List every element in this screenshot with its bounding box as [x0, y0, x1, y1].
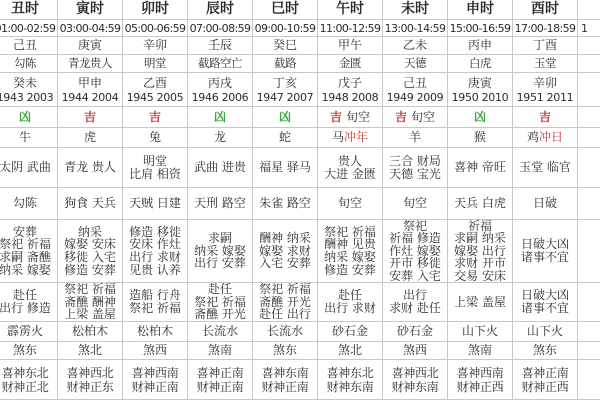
hour-deity: 截路	[253, 55, 318, 73]
luck-row: 吉	[539, 111, 551, 124]
year-ganzhi: 戊子	[338, 75, 362, 91]
hour-header: 午时	[318, 0, 383, 20]
hour-column-7: 未时13:00-14:59乙未天德己丑1949 2009吉旬空羊三合 财局天德 …	[383, 0, 448, 400]
hour-column-2: 寅时03:00-04:59庚寅青龙贵人甲申1944 2004吉虎青龙 贵人狗食 …	[58, 0, 123, 400]
hour-header: 寅时	[58, 0, 123, 20]
nayin-element: 霹雳火	[0, 322, 58, 342]
evil-gods: 狗食 天兵	[58, 188, 123, 220]
auspicious-mark: 吉	[330, 110, 342, 124]
year-numbers: 1945 2005	[127, 91, 184, 105]
suitable-activities-2: 赴任祭祀 祈福斋醮 开光	[188, 283, 253, 322]
text-line: 喜神正南	[522, 366, 569, 380]
empty-cell	[578, 148, 600, 188]
suitable-activities-2: 上梁 盖屋	[448, 283, 513, 322]
luck-mark: 吉旬空	[318, 107, 383, 128]
text-line: 太阴 武曲	[0, 161, 51, 174]
text-line: 大进 金匮	[324, 168, 376, 181]
zodiac-row: 牛	[19, 131, 31, 144]
deity-directions: 喜神西北财神东南	[383, 360, 448, 400]
time-range: 17:00-18:59	[513, 20, 578, 37]
deity-directions: 喜神正南财神正西	[513, 360, 578, 400]
deity-directions: 喜神西北财神正东	[58, 360, 123, 400]
text-line: 入宅 安葬	[259, 257, 311, 270]
text-line: 出行 修造	[0, 302, 51, 315]
zodiac-animal: 牛	[19, 130, 31, 144]
text-line: 狗食 天兵	[64, 197, 116, 210]
luck-row: 凶	[214, 111, 226, 124]
zodiac-animal: 龙	[214, 130, 226, 144]
suitable-activities: 日破大凶诸事不宜	[513, 220, 578, 283]
hour-ganzhi: 己丑	[0, 37, 58, 55]
empty-cell	[578, 73, 600, 107]
text-line: 喜神东南	[262, 366, 309, 380]
zodiac: 虎	[58, 128, 123, 148]
year-numbers: 1943 2003	[0, 91, 53, 105]
text-line: 喜神西北	[392, 366, 439, 380]
text-line: 旬空	[403, 197, 427, 210]
auspicious-mark: 吉	[84, 110, 96, 124]
text-line: 玉堂 临官	[519, 161, 571, 174]
hour-ganzhi: 癸巳	[253, 37, 318, 55]
hour-ganzhi: 丁酉	[513, 37, 578, 55]
zodiac-row: 马冲年	[332, 131, 368, 144]
hour-column-3: 卯时05:00-06:59辛卯明堂乙酉1945 2005吉兔明堂比肩 相资天贼 …	[123, 0, 188, 400]
evil-gods: 日破	[513, 188, 578, 220]
year-numbers: 1951 2011	[517, 91, 574, 105]
lucky-gods: 明堂比肩 相资	[123, 148, 188, 188]
sha-direction: 煞西	[383, 342, 448, 360]
deity-directions: 喜神东北财神东南	[318, 360, 383, 400]
text-line: 交易 安床	[454, 270, 506, 283]
empty-cell	[578, 128, 600, 148]
year-info: 乙酉1945 2005	[123, 73, 188, 107]
text-line: 天刑 路空	[194, 197, 246, 210]
text-line: 喜神正南	[197, 366, 244, 380]
hour-column-5: 巳时09:00-10:59癸巳截路丁亥1947 2007凶蛇福星 驿马朱雀 路空…	[253, 0, 318, 400]
luck-extra: 旬空	[346, 110, 370, 124]
text-line: 移徙 入宅	[64, 251, 116, 264]
zodiac-clash: 冲日	[539, 130, 563, 144]
luck-mark: 凶	[188, 107, 253, 128]
suitable-activities: 祈福求嗣 纳采嫁娶 出行求财 开市交易 安床	[448, 220, 513, 283]
text-line: 喜神西南	[457, 366, 504, 380]
evil-gods: 天兵 白虎	[448, 188, 513, 220]
hour-deity: 玉堂	[513, 55, 578, 73]
suitable-activities-2: 赴任出行 求财	[318, 283, 383, 322]
luck-mark: 凶	[0, 107, 58, 128]
empty-cell	[578, 360, 600, 400]
text-line: 求嗣 斋醮	[0, 251, 51, 264]
lucky-gods: 喜神 帝旺	[448, 148, 513, 188]
text-line: 勾陈	[13, 197, 37, 210]
year-numbers: 1950 2010	[452, 91, 509, 105]
text-line: 祭祀 祈福	[64, 283, 116, 296]
empty-cell	[578, 283, 600, 322]
suitable-activities-2: 日破大凶诸事不宜	[513, 283, 578, 322]
hour-deity: 金匮	[318, 55, 383, 73]
text-line: 天贼 日建	[129, 197, 181, 210]
text-line: 三合 财局	[389, 155, 441, 168]
text-line: 求财 赴任	[389, 302, 441, 315]
year-ganzhi: 丁亥	[273, 75, 297, 91]
empty-cell	[578, 220, 600, 283]
text-line: 福星 驿马	[259, 161, 311, 174]
text-line: 修造 安葬	[324, 264, 376, 277]
sha-direction: 煞北	[58, 342, 123, 360]
luck-mark: 吉	[123, 107, 188, 128]
zodiac: 蛇	[253, 128, 318, 148]
zodiac-animal: 猴	[474, 130, 486, 144]
time-range: 05:00-06:59	[123, 20, 188, 37]
year-info: 己丑1949 2009	[383, 73, 448, 107]
luck-row: 吉旬空	[330, 111, 370, 124]
deity-directions: 喜神东南财神正南	[253, 360, 318, 400]
text-line: 出行 求财	[324, 302, 376, 315]
luck-mark: 吉	[58, 107, 123, 128]
inauspicious-mark: 凶	[474, 110, 486, 124]
almanac-hours-table: 丑时01:00-02:59己丑勾陈癸未1943 2003凶牛太阴 武曲勾陈安葬祭…	[0, 0, 600, 400]
luck-row: 凶	[19, 111, 31, 124]
text-line: 财神正北	[2, 380, 49, 394]
text-line: 纳采 嫁娶	[324, 251, 376, 264]
text-line: 祭祀 祈福	[129, 302, 181, 315]
text-line: 求嗣 纳采	[454, 232, 506, 245]
deity-directions: 喜神西南财神正南	[123, 360, 188, 400]
empty-cell	[578, 342, 600, 360]
text-line: 出行 求财	[129, 251, 181, 264]
inauspicious-mark: 凶	[19, 110, 31, 124]
hour-ganzhi: 丙申	[448, 37, 513, 55]
zodiac: 猴	[448, 128, 513, 148]
year-numbers: 1946 2006	[192, 91, 249, 105]
luck-mark: 吉	[513, 107, 578, 128]
text-line: 修造 安葬	[64, 264, 116, 277]
lucky-gods: 福星 驿马	[253, 148, 318, 188]
luck-mark: 凶	[253, 107, 318, 128]
hour-header: 卯时	[123, 0, 188, 20]
text-line: 天德 宝光	[389, 168, 441, 181]
year-info: 甲申1944 2004	[58, 73, 123, 107]
luck-row: 吉旬空	[395, 111, 435, 124]
auspicious-mark: 吉	[395, 110, 407, 124]
year-ganzhi: 己丑	[403, 75, 427, 91]
time-range: 1	[578, 20, 600, 37]
sha-direction: 煞南	[448, 342, 513, 360]
sha-direction: 煞西	[123, 342, 188, 360]
text-line: 武曲 进贵	[194, 161, 246, 174]
text-line: 求财 开市	[454, 257, 506, 270]
text-line: 财神东南	[392, 380, 439, 394]
text-line: 酬神 纳采	[259, 232, 311, 245]
zodiac-animal: 羊	[409, 130, 421, 144]
sha-direction: 煞东	[0, 342, 58, 360]
text-line: 上梁 盖屋	[454, 296, 506, 309]
text-line: 祈福 修造	[389, 232, 441, 245]
evil-gods: 天刑 路空	[188, 188, 253, 220]
zodiac: 兔	[123, 128, 188, 148]
suitable-activities-2: 造船 行舟祭祀 祈福	[123, 283, 188, 322]
auspicious-mark: 吉	[539, 110, 551, 124]
text-line: 天兵 白虎	[454, 197, 506, 210]
luck-mark: 吉旬空	[383, 107, 448, 128]
time-range: 07:00-08:59	[188, 20, 253, 37]
text-line: 安葬 入宅	[389, 270, 441, 283]
zodiac-row: 龙	[214, 131, 226, 144]
text-line: 求嗣	[208, 232, 232, 245]
hour-column-6: 午时11:00-12:59甲午金匮戊子1948 2008吉旬空马冲年贵人大进 金…	[318, 0, 383, 400]
hour-deity: 白虎	[448, 55, 513, 73]
lucky-gods: 武曲 进贵	[188, 148, 253, 188]
sha-direction: 煞南	[188, 342, 253, 360]
zodiac: 牛	[0, 128, 58, 148]
zodiac-row: 猴	[474, 131, 486, 144]
zodiac: 鸡冲日	[513, 128, 578, 148]
zodiac-row: 鸡冲日	[527, 131, 563, 144]
text-line: 赴任	[208, 283, 232, 296]
zodiac-animal: 鸡	[527, 130, 539, 144]
zodiac-clash: 冲年	[344, 130, 368, 144]
year-info: 丁亥1947 2007	[253, 73, 318, 107]
inauspicious-mark: 凶	[214, 110, 226, 124]
empty-cell	[578, 37, 600, 55]
time-range: 01:00-02:59	[0, 20, 58, 37]
hour-deity: 勾陈	[0, 55, 58, 73]
evil-gods: 旬空	[383, 188, 448, 220]
year-ganzhi: 甲申	[78, 75, 102, 91]
lucky-gods: 太阴 武曲	[0, 148, 58, 188]
deity-directions: 喜神正南财神正南	[188, 360, 253, 400]
hour-ganzhi: 甲午	[318, 37, 383, 55]
text-line: 斋醮 开光	[194, 308, 246, 321]
nayin-element: 松柏木	[123, 322, 188, 342]
text-line: 喜神西南	[132, 366, 179, 380]
hour-deity: 明堂	[123, 55, 188, 73]
time-range: 11:00-12:59	[318, 20, 383, 37]
sha-direction: 煞东	[253, 342, 318, 360]
hour-header: 巳时	[253, 0, 318, 20]
hour-ganzhi: 庚寅	[58, 37, 123, 55]
year-info: 丙戌1946 2006	[188, 73, 253, 107]
text-line: 日破	[533, 197, 557, 210]
nayin-element: 山下火	[448, 322, 513, 342]
zodiac: 龙	[188, 128, 253, 148]
zodiac-row: 蛇	[279, 131, 291, 144]
suitable-activities: 祭祀 祈福酬神 见贵纳采 嫁娶修造 安葬	[318, 220, 383, 283]
deity-directions: 喜神西南财神正西	[448, 360, 513, 400]
year-info: 辛卯1951 2011	[513, 73, 578, 107]
text-line: 赴任 出行	[259, 308, 311, 321]
zodiac-animal: 虎	[84, 130, 96, 144]
text-line: 财神正南	[197, 380, 244, 394]
empty-cell	[578, 107, 600, 128]
empty-cell	[578, 322, 600, 342]
evil-gods: 勾陈	[0, 188, 58, 220]
year-numbers: 1947 2007	[257, 91, 314, 105]
auspicious-mark: 吉	[149, 110, 161, 124]
hour-ganzhi: 辛卯	[123, 37, 188, 55]
zodiac-animal: 兔	[149, 130, 161, 144]
zodiac: 马冲年	[318, 128, 383, 148]
zodiac-row: 虎	[84, 131, 96, 144]
suitable-activities: 祭祀祈福 修造作灶 嫁娶开市 移徙安葬 入宅	[383, 220, 448, 283]
text-line: 纳采 嫁娶	[0, 264, 51, 277]
deity-directions: 喜神东北财神正北	[0, 360, 58, 400]
hour-column-partial: 1	[578, 0, 600, 400]
text-line: 诸事不宜	[521, 302, 569, 315]
text-line: 财神正东	[67, 380, 114, 394]
text-line: 开市 移徙	[389, 257, 441, 270]
lucky-gods: 青龙 贵人	[58, 148, 123, 188]
luck-mark: 凶	[448, 107, 513, 128]
text-line: 喜神西北	[67, 366, 114, 380]
luck-row: 凶	[474, 111, 486, 124]
year-info: 癸未1943 2003	[0, 73, 58, 107]
suitable-activities: 求嗣纳采 嫁娶出行 安葬	[188, 220, 253, 283]
year-info: 庚寅1950 2010	[448, 73, 513, 107]
nayin-element: 长流水	[188, 322, 253, 342]
text-line: 上梁 盖屋	[64, 308, 116, 321]
year-ganzhi: 乙酉	[143, 75, 167, 91]
text-line: 财神正南	[262, 380, 309, 394]
year-ganzhi: 丙戌	[208, 75, 232, 91]
suitable-activities-2: 祭祀 祈福斋醮 酬神上梁 盖屋	[58, 283, 123, 322]
text-line: 见贵 认养	[129, 264, 181, 277]
hour-deity: 天德	[383, 55, 448, 73]
suitable-activities-2: 出行求财 赴任	[383, 283, 448, 322]
evil-gods: 朱雀 路空	[253, 188, 318, 220]
text-line: 比肩 相资	[129, 168, 181, 181]
text-line: 青龙 贵人	[64, 161, 116, 174]
text-line: 财神正西	[522, 380, 569, 394]
text-line: 诸事不宜	[521, 251, 569, 264]
almanac-page: 丑时01:00-02:59己丑勾陈癸未1943 2003凶牛太阴 武曲勾陈安葬祭…	[0, 0, 600, 400]
suitable-activities: 酬神 纳采嫁娶 求财入宅 安葬	[253, 220, 318, 283]
zodiac: 羊	[383, 128, 448, 148]
text-line: 旬空	[338, 197, 362, 210]
hour-column-4: 辰时07:00-08:59壬辰截路空亡丙戌1946 2006凶龙武曲 进贵天刑 …	[188, 0, 253, 400]
nayin-element: 松柏木	[58, 322, 123, 342]
hour-column-8: 申时15:00-16:59丙申白虎庚寅1950 2010凶猴喜神 帝旺天兵 白虎…	[448, 0, 513, 400]
text-line: 贵人	[338, 155, 362, 168]
text-line: 喜神东北	[327, 366, 374, 380]
zodiac-animal: 蛇	[279, 130, 291, 144]
lucky-gods: 贵人大进 金匮	[318, 148, 383, 188]
year-ganzhi: 癸未	[13, 75, 37, 91]
inauspicious-mark: 凶	[279, 110, 291, 124]
nayin-element: 山下火	[513, 322, 578, 342]
text-line: 财神东南	[327, 380, 374, 394]
suitable-activities: 修造 移徙安床 作灶出行 求财见贵 认养	[123, 220, 188, 283]
empty-cell	[578, 0, 600, 20]
evil-gods: 天贼 日建	[123, 188, 188, 220]
time-range: 13:00-14:59	[383, 20, 448, 37]
luck-extra: 旬空	[411, 110, 435, 124]
text-line: 祭祀 祈福	[259, 283, 311, 296]
year-ganzhi: 庚寅	[468, 75, 492, 91]
text-line: 朱雀 路空	[259, 197, 311, 210]
sha-direction: 煞东	[513, 342, 578, 360]
empty-cell	[578, 188, 600, 220]
text-line: 喜神 帝旺	[454, 161, 506, 174]
year-numbers: 1948 2008	[322, 91, 379, 105]
lucky-gods: 玉堂 临官	[513, 148, 578, 188]
text-line: 喜神东北	[2, 366, 49, 380]
zodiac-animal: 马	[332, 130, 344, 144]
hour-header: 未时	[383, 0, 448, 20]
nayin-element: 砂石金	[383, 322, 448, 342]
zodiac-row: 兔	[149, 131, 161, 144]
time-range: 09:00-10:59	[253, 20, 318, 37]
suitable-activities-2: 祭祀 祈福斋醮 开光赴任 出行	[253, 283, 318, 322]
empty-cell	[578, 55, 600, 73]
year-numbers: 1944 2004	[62, 91, 119, 105]
hour-header: 辰时	[188, 0, 253, 20]
suitable-activities: 安葬祭祀 祈福求嗣 斋醮纳采 嫁娶	[0, 220, 58, 283]
hour-ganzhi: 壬辰	[188, 37, 253, 55]
luck-row: 凶	[279, 111, 291, 124]
text-line: 财神正南	[132, 380, 179, 394]
zodiac-row: 羊	[409, 131, 421, 144]
lucky-gods: 三合 财局天德 宝光	[383, 148, 448, 188]
luck-row: 吉	[149, 111, 161, 124]
hour-header: 申时	[448, 0, 513, 20]
hour-column-9: 酉时17:00-18:59丁酉玉堂辛卯1951 2011吉鸡冲日玉堂 临官日破日…	[513, 0, 578, 400]
year-ganzhi: 辛卯	[533, 75, 557, 91]
year-numbers: 1949 2009	[387, 91, 444, 105]
time-range: 03:00-04:59	[58, 20, 123, 37]
text-line: 财神正西	[457, 380, 504, 394]
evil-gods: 旬空	[318, 188, 383, 220]
hour-header: 酉时	[513, 0, 578, 20]
time-range: 15:00-16:59	[448, 20, 513, 37]
hour-header: 丑时	[0, 0, 58, 20]
nayin-element: 砂石金	[318, 322, 383, 342]
sha-direction: 煞北	[318, 342, 383, 360]
luck-row: 吉	[84, 111, 96, 124]
hour-column-1: 丑时01:00-02:59己丑勾陈癸未1943 2003凶牛太阴 武曲勾陈安葬祭…	[0, 0, 58, 400]
text-line: 出行 安葬	[194, 257, 246, 270]
year-info: 戊子1948 2008	[318, 73, 383, 107]
suitable-activities: 纳采嫁娶 安床移徙 入宅修造 安葬	[58, 220, 123, 283]
hour-deity: 截路空亡	[188, 55, 253, 73]
suitable-activities-2: 赴任出行 修造	[0, 283, 58, 322]
nayin-element: 长流水	[253, 322, 318, 342]
text-line: 明堂	[143, 155, 167, 168]
hour-ganzhi: 乙未	[383, 37, 448, 55]
hour-deity: 青龙贵人	[58, 55, 123, 73]
